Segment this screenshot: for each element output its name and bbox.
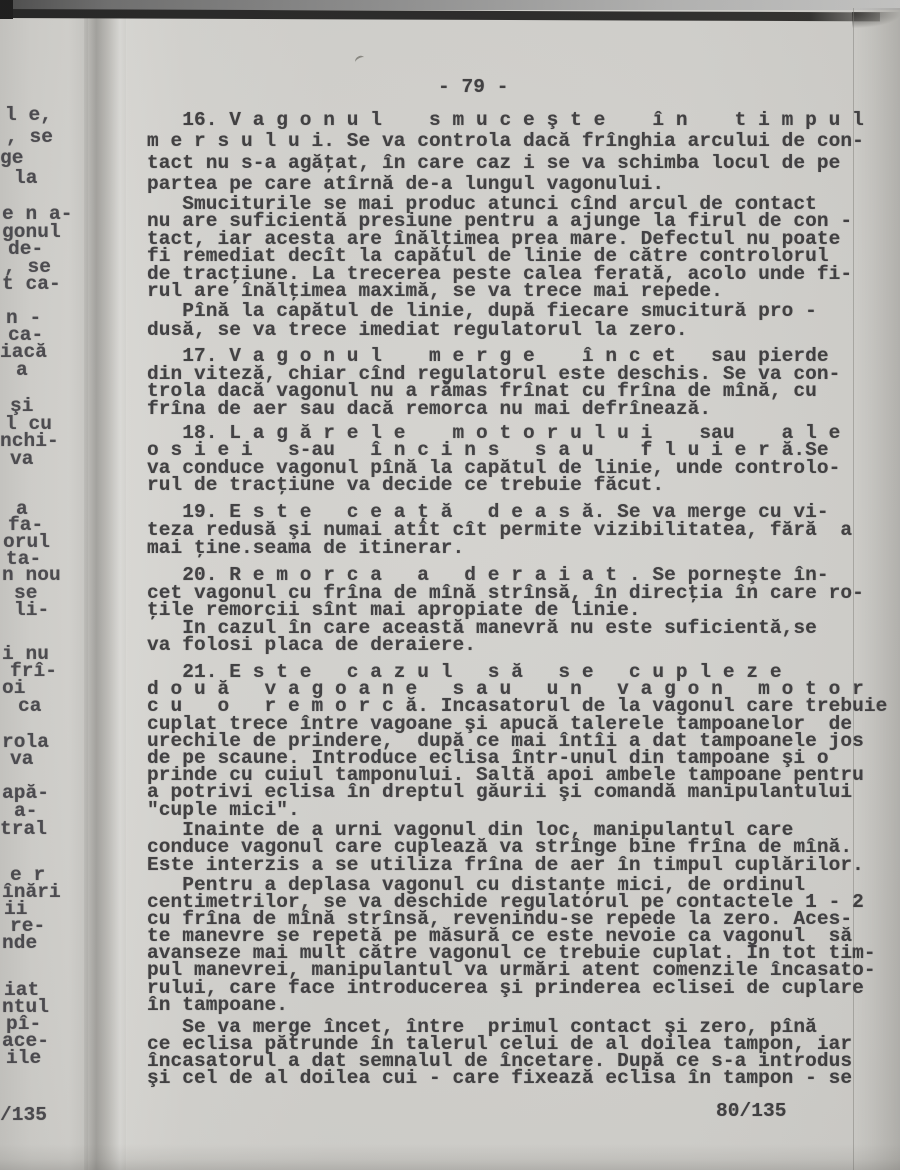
text-line: rul de tracţiune va decide ce trebuie fă… xyxy=(147,477,840,494)
paragraph-5: 19. E s t e c e a ţ ă d e a s ă. Se va m… xyxy=(147,503,852,557)
text-line: în tampoane. xyxy=(147,997,876,1014)
paragraph-8: Inainte de a urni vagonul din loc, manip… xyxy=(147,822,864,874)
paragraph-3: 17. V a g o n u l m e r g e î n c et sau… xyxy=(147,348,840,418)
paragraph-4: 18. L a g ă r e l e m o t o r u l u i sa… xyxy=(147,425,840,495)
paragraph-9: Pentru a deplasa vagonul cu distanţe mic… xyxy=(147,877,876,1014)
text-line: partea pe care atîrnă de-a lungul vagonu… xyxy=(147,174,864,195)
text-line: şi cel de al doilea cui - care fixează e… xyxy=(147,1070,852,1087)
left-page-fragment: /135 xyxy=(0,1104,47,1126)
left-page-fragment: , se xyxy=(6,126,53,148)
scanner-corner-black xyxy=(0,0,13,19)
paragraph-7: 21. E s t e c a z u l s ă s e c u p l e … xyxy=(147,664,887,819)
left-page-fragment: va xyxy=(10,748,34,770)
left-page-fragment: nde xyxy=(2,932,37,954)
page-bottom-edge-shadow xyxy=(0,1144,900,1170)
paragraph-1: Smuciturile se mai produc atunci cînd ar… xyxy=(147,196,852,300)
left-page-fragment: ca xyxy=(18,695,42,717)
page-number-header: - 79 - xyxy=(438,76,509,98)
text-line: va folosi placa de deraiere. xyxy=(147,637,864,655)
left-page-fragment: ge xyxy=(0,147,24,169)
left-page-fragment: tral xyxy=(0,818,47,840)
left-page-fragment: li- xyxy=(14,599,49,621)
text-line: mai ţine.seama de itinerar. xyxy=(147,539,852,557)
text-line: Este interzis a se utiliza frîna de aer … xyxy=(147,857,864,874)
page-footer-number: 80/135 xyxy=(716,1100,787,1122)
book-scan: l e,, segelae n a-gonulde-, set ca-n -ca… xyxy=(0,0,900,1170)
left-page-fragment: la xyxy=(14,167,38,189)
paragraph-0: 16. V a g o n u l s m u c e ş t e î n t … xyxy=(147,110,864,195)
text-line: m e r s u l u i. Se va controla dacă frî… xyxy=(147,131,864,152)
left-page-fragment: t ca- xyxy=(2,273,61,295)
paragraph-2: Pînă la capătul de linie, după fiecare s… xyxy=(147,302,817,340)
text-line: "cuple mici". xyxy=(147,802,887,819)
text-line: dusă, se va trece imediat regulatorul la… xyxy=(147,321,817,340)
left-page-fragment: l e, xyxy=(5,104,52,126)
text-line: rul are înălţimea maximă, se va trece ma… xyxy=(147,283,852,300)
left-page-fragment: ile xyxy=(6,1047,41,1069)
left-page-fragment: a xyxy=(16,359,28,381)
text-line: 16. V a g o n u l s m u c e ş t e î n t … xyxy=(147,110,864,131)
text-line: tact nu s-a agăţat, în care caz i se va … xyxy=(147,153,864,174)
paragraph-10: Se va merge încet, între primul contact … xyxy=(147,1019,852,1087)
text-line: frîna de aer sau dacă remorca nu mai def… xyxy=(147,401,840,419)
scanner-top-strip xyxy=(0,0,900,10)
paragraph-6: 20. R e m o r c a a d e r a i a t . Se p… xyxy=(147,567,864,655)
left-page-fragment: va xyxy=(10,448,34,470)
book-gutter-shadow xyxy=(84,8,128,1170)
